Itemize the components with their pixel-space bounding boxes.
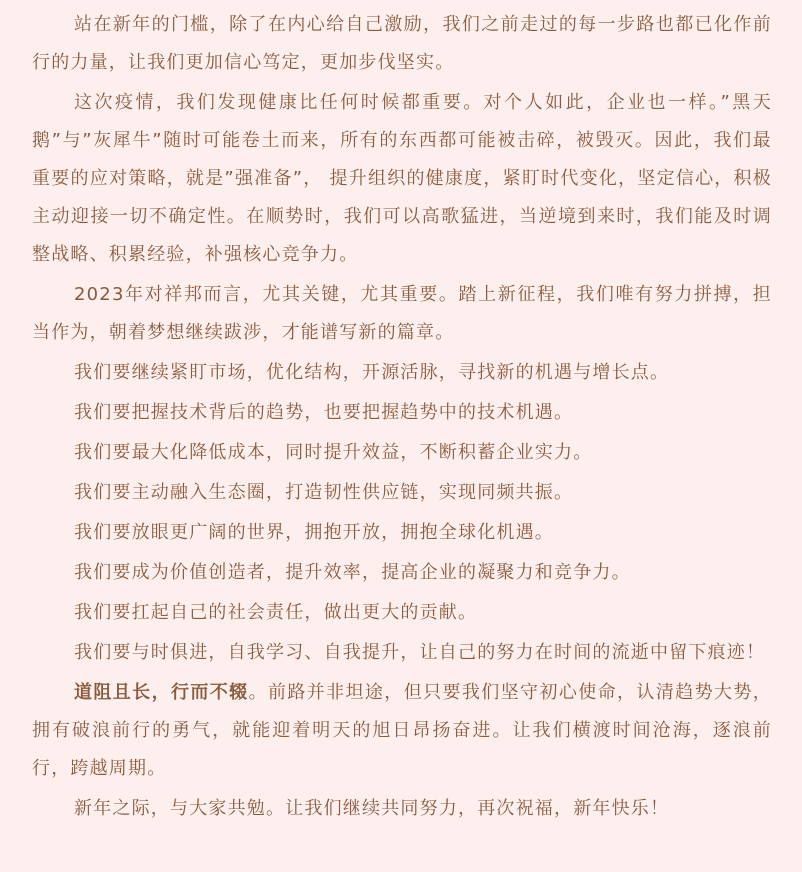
paragraph-bold-lead: 道阻且长，行而不辍 xyxy=(74,682,249,703)
paragraph-social-responsibility: 我们要扛起自己的社会责任，做出更大的贡献。 xyxy=(32,594,772,632)
paragraph-epidemic-health: 这次疫情，我们发现健康比任何时候都重要。对个人如此，企业也一样。”黑天鹅”与”灰… xyxy=(32,84,772,274)
paragraph-text: 2023年对祥邦而言，尤其关键，尤其重要。踏上新征程，我们唯有努力拼搏，担当作为… xyxy=(32,284,772,343)
paragraph-text: 我们要放眼更广阔的世界，拥抱开放，拥抱全球化机遇。 xyxy=(74,522,554,543)
paragraph-long-road: 道阻且长，行而不辍。前路并非坦途，但只要我们坚守初心使命，认清趋势大势，拥有破浪… xyxy=(32,674,772,788)
paragraph-text: 我们要继续紧盯市场，优化结构，开源活脉，寻找新的机遇与增长点。 xyxy=(74,362,669,383)
paragraph-ecosystem: 我们要主动融入生态圈，打造韧性供应链，实现同频共振。 xyxy=(32,474,772,512)
paragraph-self-improvement: 我们要与时俱进，自我学习、自我提升，让自己的努力在时间的流逝中留下痕迹！ xyxy=(32,634,772,672)
article-body: 站在新年的门槛，除了在内心给自己激励，我们之前走过的每一步路也都已化作前行的力量… xyxy=(0,0,802,828)
paragraph-value-creation: 我们要成为价值创造者，提升效率，提高企业的凝聚力和竞争力。 xyxy=(32,554,772,592)
paragraph-tech-trends: 我们要把握技术背后的趋势，也要把握趋势中的技术机遇。 xyxy=(32,394,772,432)
paragraph-text: 我们要扛起自己的社会责任，做出更大的贡献。 xyxy=(74,602,477,623)
paragraph-text: 站在新年的门槛，除了在内心给自己激励，我们之前走过的每一步路也都已化作前行的力量… xyxy=(32,14,772,73)
paragraph-text: 我们要主动融入生态圈，打造韧性供应链，实现同频共振。 xyxy=(74,482,573,503)
paragraph-text: 我们要最大化降低成本，同时提升效益，不断积蓄企业实力。 xyxy=(74,442,592,463)
paragraph-text: 新年之际，与大家共勉。让我们继续共同努力，再次祝福，新年快乐！ xyxy=(74,798,669,819)
paragraph-new-year-threshold: 站在新年的门槛，除了在内心给自己激励，我们之前走过的每一步路也都已化作前行的力量… xyxy=(32,6,772,82)
paragraph-market-focus: 我们要继续紧盯市场，优化结构，开源活脉，寻找新的机遇与增长点。 xyxy=(32,354,772,392)
paragraph-2023-key-year: 2023年对祥邦而言，尤其关键，尤其重要。踏上新征程，我们唯有努力拼搏，担当作为… xyxy=(32,276,772,352)
paragraph-new-year-wishes: 新年之际，与大家共勉。让我们继续共同努力，再次祝福，新年快乐！ xyxy=(32,790,772,828)
paragraph-text: 这次疫情，我们发现健康比任何时候都重要。对个人如此，企业也一样。”黑天鹅”与”灰… xyxy=(32,92,772,265)
paragraph-globalization: 我们要放眼更广阔的世界，拥抱开放，拥抱全球化机遇。 xyxy=(32,514,772,552)
paragraph-cost-reduction: 我们要最大化降低成本，同时提升效益，不断积蓄企业实力。 xyxy=(32,434,772,472)
paragraph-text: 我们要与时俱进，自我学习、自我提升，让自己的努力在时间的流逝中留下痕迹！ xyxy=(74,642,765,663)
paragraph-text: 我们要成为价值创造者，提升效率，提高企业的凝聚力和竞争力。 xyxy=(74,562,631,583)
paragraph-text: 我们要把握技术背后的趋势，也要把握趋势中的技术机遇。 xyxy=(74,402,573,423)
